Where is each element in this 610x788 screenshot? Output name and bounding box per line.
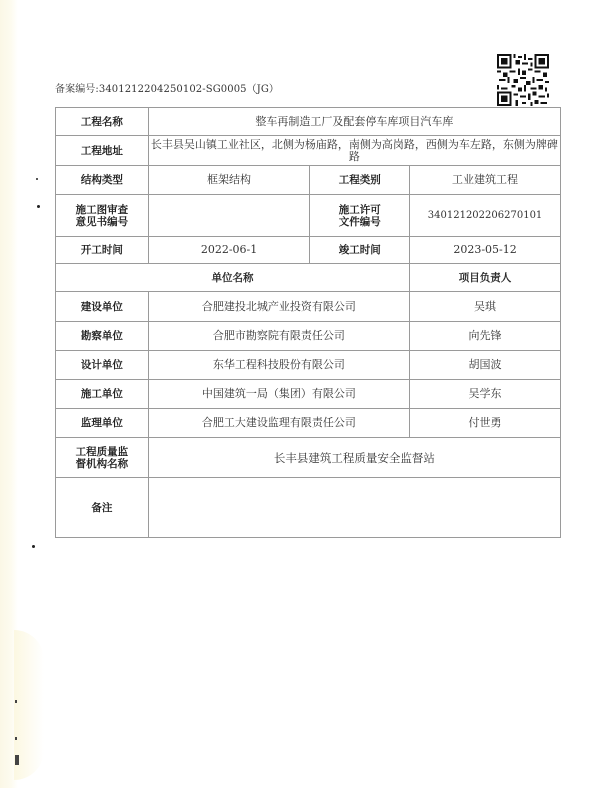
scan-mark xyxy=(15,755,19,765)
unit-row: 建设单位 合肥建投北城产业投资有限公司 吴琪 xyxy=(56,292,561,322)
unit-role: 施工单位 xyxy=(56,380,149,409)
unit-name: 合肥市勘察院有限责任公司 xyxy=(148,322,409,351)
permit-no-value: 340121202206270101 xyxy=(410,195,561,237)
supervision-label-line1: 工程质量监 xyxy=(58,446,146,458)
row-dates: 开工时间 2022-06-1 竣工时间 2023-05-12 xyxy=(56,237,561,264)
row-project-address: 工程地址 长丰县吴山镇工业社区，北侧为杨庙路，南侧为高岗路，西侧为车左路，东侧为… xyxy=(56,136,561,166)
unit-leader: 付世勇 xyxy=(410,409,561,438)
filing-number-label: 备案编号: xyxy=(55,84,99,95)
remarks-value xyxy=(148,478,560,538)
unit-row: 施工单位 中国建筑一局（集团）有限公司 吴学东 xyxy=(56,380,561,409)
filing-number-value: 3401212204250102-SG0005（JG） xyxy=(99,84,279,95)
project-leader-header: 项目负责人 xyxy=(410,264,561,292)
drawing-review-label-line2: 意见书编号 xyxy=(58,216,146,228)
start-date-label: 开工时间 xyxy=(56,237,149,264)
qr-code-icon xyxy=(497,54,549,106)
completion-date-label: 竣工时间 xyxy=(310,237,410,264)
unit-name: 中国建筑一局（集团）有限公司 xyxy=(148,380,409,409)
drawing-review-no-label: 施工图审查 意见书编号 xyxy=(56,195,149,237)
unit-leader: 吴琪 xyxy=(410,292,561,322)
unit-row: 勘察单位 合肥市勘察院有限责任公司 向先锋 xyxy=(56,322,561,351)
project-address-label: 工程地址 xyxy=(56,136,149,166)
unit-name: 合肥建投北城产业投资有限公司 xyxy=(148,292,409,322)
unit-row: 监理单位 合肥工大建设监理有限责任公司 付世勇 xyxy=(56,409,561,438)
scan-speck xyxy=(32,545,35,548)
remarks-label: 备注 xyxy=(56,478,149,538)
unit-name: 东华工程科技股份有限公司 xyxy=(148,351,409,380)
unit-role: 建设单位 xyxy=(56,292,149,322)
scan-speck xyxy=(36,178,38,180)
row-units-header: 单位名称 项目负责人 xyxy=(56,264,561,292)
project-address-value: 长丰县吴山镇工业社区，北侧为杨庙路，南侧为高岗路，西侧为车左路，东侧为牌碑路 xyxy=(148,136,560,166)
scan-mark xyxy=(15,737,17,740)
permit-label-line2: 文件编号 xyxy=(312,216,407,228)
scan-mark xyxy=(15,700,17,703)
project-category-label: 工程类别 xyxy=(310,166,410,195)
unit-leader: 吴学东 xyxy=(410,380,561,409)
row-supervision-agency: 工程质量监 督机构名称 长丰县建筑工程质量安全监督站 xyxy=(56,438,561,478)
permit-label-line1: 施工许可 xyxy=(312,204,407,216)
filing-number: 备案编号:3401212204250102-SG0005（JG） xyxy=(55,80,279,95)
row-review-permit: 施工图审查 意见书编号 施工许可 文件编号 340121202206270101 xyxy=(56,195,561,237)
row-remarks: 备注 xyxy=(56,478,561,538)
permit-no-label: 施工许可 文件编号 xyxy=(310,195,410,237)
unit-role: 设计单位 xyxy=(56,351,149,380)
drawing-review-no-value xyxy=(148,195,310,237)
unit-name: 合肥工大建设监理有限责任公司 xyxy=(148,409,409,438)
structure-type-value: 框架结构 xyxy=(148,166,310,195)
completion-date-value: 2023-05-12 xyxy=(410,237,561,264)
unit-role: 监理单位 xyxy=(56,409,149,438)
unit-leader: 胡国波 xyxy=(410,351,561,380)
scan-speck xyxy=(37,205,40,208)
supervision-label-line2: 督机构名称 xyxy=(58,458,146,470)
project-category-value: 工业建筑工程 xyxy=(410,166,561,195)
unit-name-header: 单位名称 xyxy=(56,264,410,292)
project-name-label: 工程名称 xyxy=(56,108,149,136)
structure-type-label: 结构类型 xyxy=(56,166,149,195)
project-name-value: 整车再制造工厂及配套停车库项目汽车库 xyxy=(148,108,560,136)
project-filing-form: 工程名称 整车再制造工厂及配套停车库项目汽车库 工程地址 长丰县吴山镇工业社区，… xyxy=(55,107,561,538)
drawing-review-label-line1: 施工图审查 xyxy=(58,204,146,216)
supervision-agency-value: 长丰县建筑工程质量安全监督站 xyxy=(148,438,560,478)
unit-row: 设计单位 东华工程科技股份有限公司 胡国波 xyxy=(56,351,561,380)
supervision-agency-label: 工程质量监 督机构名称 xyxy=(56,438,149,478)
row-project-name: 工程名称 整车再制造工厂及配套停车库项目汽车库 xyxy=(56,108,561,136)
unit-role: 勘察单位 xyxy=(56,322,149,351)
row-structure: 结构类型 框架结构 工程类别 工业建筑工程 xyxy=(56,166,561,195)
unit-leader: 向先锋 xyxy=(410,322,561,351)
start-date-value: 2022-06-1 xyxy=(148,237,310,264)
